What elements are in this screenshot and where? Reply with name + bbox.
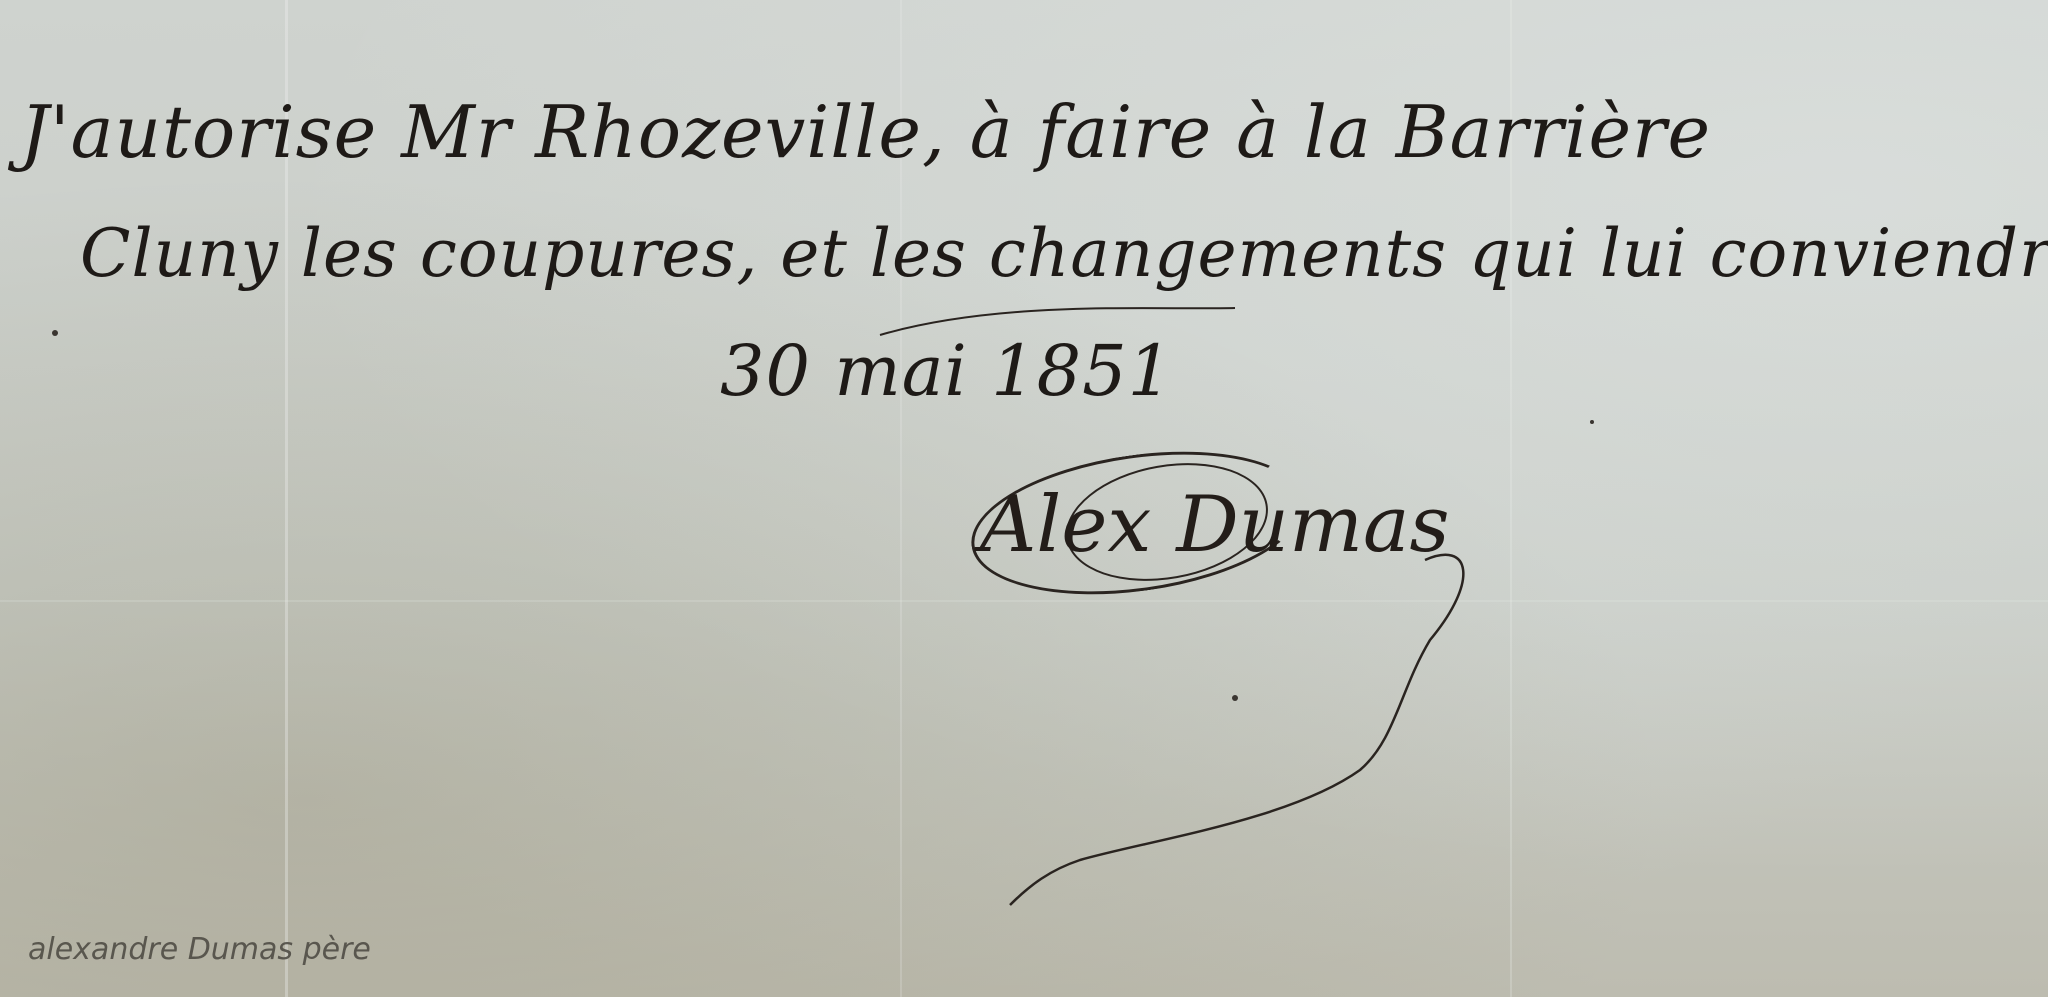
ink-speck	[1232, 695, 1238, 701]
ink-speck	[52, 330, 58, 336]
signature-tail-icon	[0, 0, 2048, 997]
ink-speck	[1590, 420, 1594, 424]
pencil-annotation: alexandre Dumas père	[28, 932, 371, 967]
